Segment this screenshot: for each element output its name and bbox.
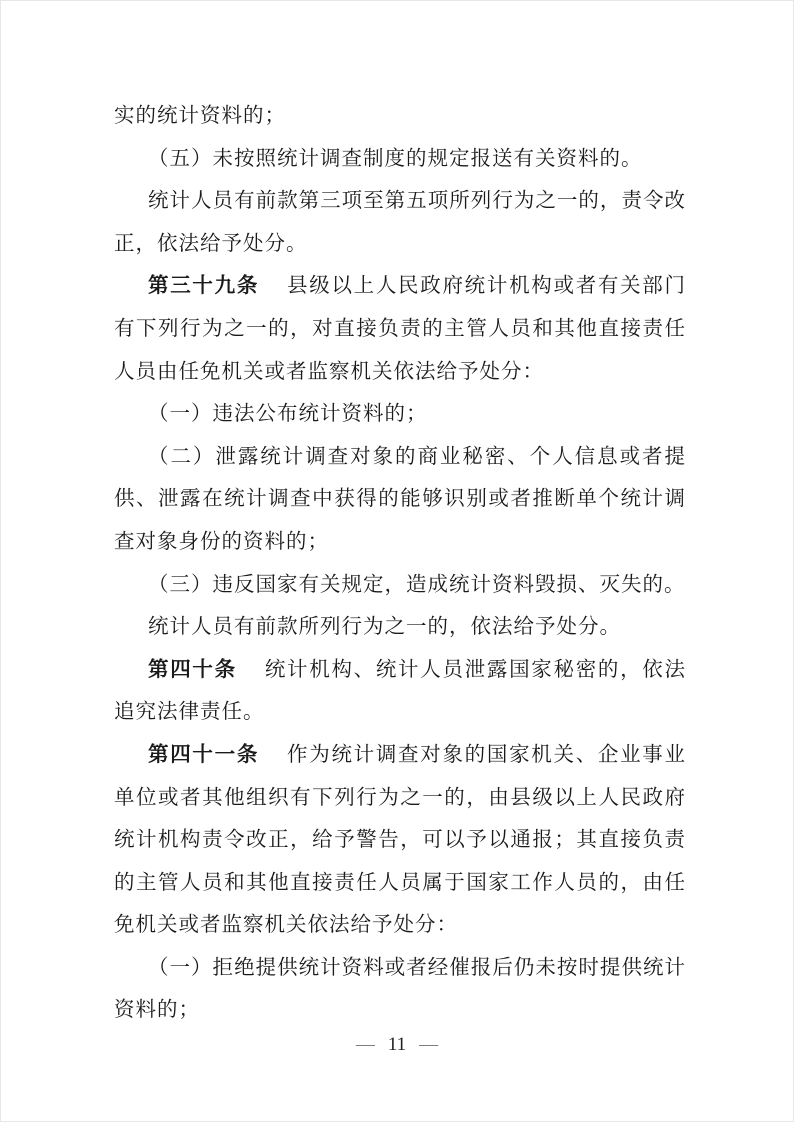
article-41-number: 第四十一条	[148, 744, 259, 766]
paragraph-text: （一）违法公布统计资料的；	[148, 403, 428, 425]
paragraph-article-39: 第三十九条县级以上人民政府统计机构或者有关部门有下列行为之一的，对直接负责的主管…	[114, 265, 686, 393]
paragraph-penalty-clause-2: 统计人员有前款所列行为之一的，依法给予处分。	[114, 606, 686, 649]
document-page: 实的统计资料的； （五）未按照统计调查制度的规定报送有关资料的。 统计人员有前款…	[0, 0, 794, 1122]
paragraph-article-39-item-3: （三）违反国家有关规定，造成统计资料毁损、灭失的。	[114, 564, 686, 607]
paragraph-article-39-item-2: （二）泄露统计调查对象的商业秘密、个人信息或者提供、泄露在统计调查中获得的能够识…	[114, 436, 686, 564]
document-body: 实的统计资料的； （五）未按照统计调查制度的规定报送有关资料的。 统计人员有前款…	[114, 95, 686, 1032]
paragraph-article-39-item-1: （一）违法公布统计资料的；	[114, 393, 686, 436]
paragraph-item-5: （五）未按照统计调查制度的规定报送有关资料的。	[114, 138, 686, 181]
paragraph-article-40: 第四十条统计机构、统计人员泄露国家秘密的，依法追究法律责任。	[114, 649, 686, 734]
paragraph-text: （五）未按照统计调查制度的规定报送有关资料的。	[148, 148, 643, 170]
article-39-number: 第三十九条	[148, 275, 259, 297]
paragraph-article-41-item-1: （一）拒绝提供统计资料或者经催报后仍未按时提供统计资料的；	[114, 947, 686, 1032]
article-40-number: 第四十条	[148, 659, 237, 681]
paragraph-text: 统计人员有前款所列行为之一的，依法给予处分。	[148, 616, 621, 638]
paragraph-text: （三）违反国家有关规定，造成统计资料毁损、灭失的。	[148, 574, 686, 596]
page-number: 11	[388, 1034, 406, 1055]
paragraph-continuation: 实的统计资料的；	[114, 95, 686, 138]
paragraph-text: 作为统计调查对象的国家机关、企业事业单位或者其他组织有下列行为之一的，由县级以上…	[114, 744, 686, 936]
paragraph-text: 实的统计资料的；	[114, 105, 286, 127]
paragraph-text: （二）泄露统计调查对象的商业秘密、个人信息或者提供、泄露在统计调查中获得的能够识…	[114, 446, 686, 553]
footer-dash-left: —	[356, 1034, 375, 1055]
paragraph-text: （一）拒绝提供统计资料或者经催报后仍未按时提供统计资料的；	[114, 957, 686, 1022]
paragraph-article-41: 第四十一条作为统计调查对象的国家机关、企业事业单位或者其他组织有下列行为之一的，…	[114, 734, 686, 947]
paragraph-penalty-clause: 统计人员有前款第三项至第五项所列行为之一的，责令改正，依法给予处分。	[114, 180, 686, 265]
page-footer: —11—	[1, 1033, 793, 1056]
footer-dash-right: —	[419, 1034, 438, 1055]
paragraph-text: 统计人员有前款第三项至第五项所列行为之一的，责令改正，依法给予处分。	[114, 190, 686, 255]
